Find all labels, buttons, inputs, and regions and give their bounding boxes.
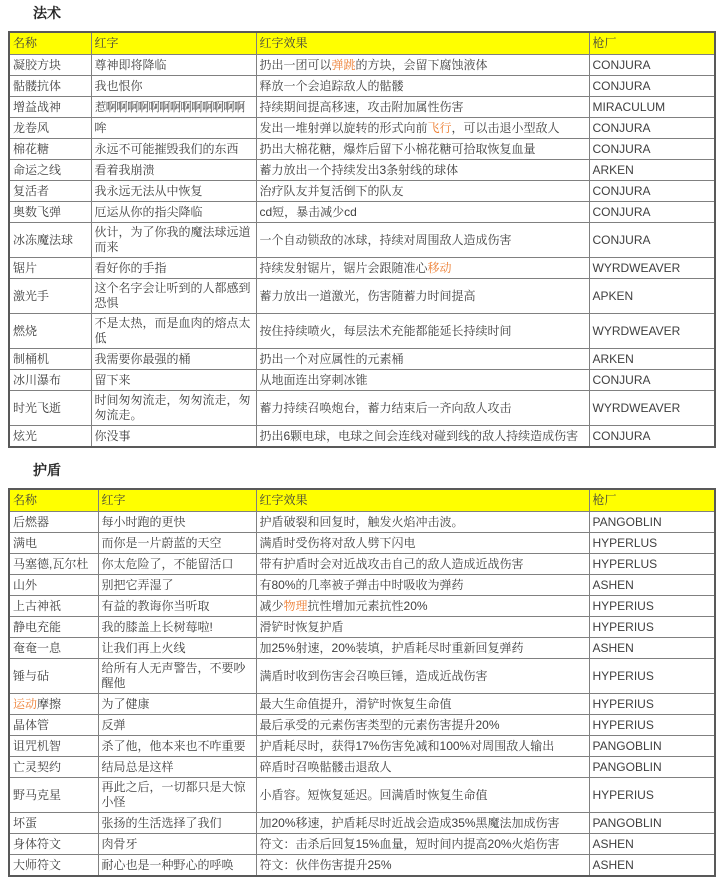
cell-name: 满电 bbox=[9, 533, 98, 554]
text-segment: 满电 bbox=[13, 536, 37, 550]
text-segment: 时光飞逝 bbox=[13, 401, 61, 415]
text-segment: 符文：击杀后回复15%血量，短时间内提高20%火焰伤害 bbox=[260, 837, 560, 851]
text-segment: CONJURA bbox=[593, 184, 651, 198]
cell-name: 上古神祇 bbox=[9, 596, 98, 617]
cell-manufacturer: HYPERLUS bbox=[589, 554, 715, 575]
cell-red-text: 给所有人无声警告，不要吵醒他 bbox=[98, 659, 256, 694]
text-segment: 龙卷风 bbox=[13, 121, 49, 135]
table-row: 制桶机我需要你最强的桶扔出一个对应属性的元素桶ARKEN bbox=[9, 349, 715, 370]
cell-red-text: 你没事 bbox=[91, 426, 256, 448]
cell-red-effect: 碎盾时召唤骷髅击退敌人 bbox=[256, 757, 589, 778]
cell-red-text: 张扬的生活选择了我们 bbox=[98, 813, 256, 834]
table-row: 晶体管反弹最后承受的元素伤害类型的元素伤害提升20%HYPERIUS bbox=[9, 715, 715, 736]
spells-table: 名称红字红字效果枪厂 凝胶方块尊神即将降临扔出一团可以弹跳的方块，会留下腐蚀液体… bbox=[8, 31, 716, 448]
cell-name: 凝胶方块 bbox=[9, 55, 91, 76]
text-segment: 从地面连出穿刺冰锥 bbox=[260, 373, 368, 387]
cell-red-text: 我的膝盖上长树莓啦! bbox=[98, 617, 256, 638]
cell-manufacturer: HYPERIUS bbox=[589, 617, 715, 638]
text-segment: 山外 bbox=[13, 578, 37, 592]
cell-red-text: 留下来 bbox=[91, 370, 256, 391]
spells-section: 法术 名称红字红字效果枪厂 凝胶方块尊神即将降临扔出一团可以弹跳的方块，会留下腐… bbox=[8, 4, 714, 448]
text-segment: 身体符文 bbox=[13, 837, 61, 851]
text-segment: 这个名字会让听到的人都感到恐惧 bbox=[95, 281, 251, 310]
text-segment: 留下来 bbox=[95, 373, 131, 387]
text-segment: 我也恨你 bbox=[95, 79, 143, 93]
cell-manufacturer: WYRDWEAVER bbox=[589, 258, 715, 279]
cell-red-text: 看好你的手指 bbox=[91, 258, 256, 279]
cell-name: 亡灵契约 bbox=[9, 757, 98, 778]
text-segment: HYPERLUS bbox=[593, 557, 658, 571]
text-segment: 最大生命值提升，滑铲时恢复生命值 bbox=[260, 697, 452, 711]
cell-red-effect: 滑铲时恢复护盾 bbox=[256, 617, 589, 638]
text-segment: ASHEN bbox=[593, 837, 634, 851]
table-row: 后燃器每小时跑的更快护盾破裂和回复时，触发火焰冲击波。PANGOBLIN bbox=[9, 512, 715, 533]
table-row: 命运之线看着我崩溃蓄力放出一个持续发出3条射线的球体ARKEN bbox=[9, 160, 715, 181]
cell-manufacturer: CONJURA bbox=[589, 202, 715, 223]
text-segment: 的方块，会留下腐蚀液体 bbox=[356, 58, 488, 72]
cell-red-text: 反弹 bbox=[98, 715, 256, 736]
text-segment: 符文：伙伴伤害提升25% bbox=[260, 858, 392, 872]
text-segment: 给所有人无声警告，不要吵醒他 bbox=[102, 661, 246, 690]
text-segment: 奥数飞弹 bbox=[13, 205, 61, 219]
cell-red-text: 这个名字会让听到的人都感到恐惧 bbox=[91, 279, 256, 314]
table-row: 上古神祇有益的教诲你当听取减少物理抗性增加元素抗性20%HYPERIUS bbox=[9, 596, 715, 617]
cell-red-effect: 扔出一团可以弹跳的方块，会留下腐蚀液体 bbox=[256, 55, 589, 76]
text-segment: 有益的教诲你当听取 bbox=[102, 599, 210, 613]
cell-red-effect: 扔出一个对应属性的元素桶 bbox=[256, 349, 589, 370]
cell-red-effect: 释放一个会追踪敌人的骷髅 bbox=[256, 76, 589, 97]
text-segment: CONJURA bbox=[593, 233, 651, 247]
text-segment: PANGOBLIN bbox=[593, 739, 662, 753]
text-segment: 伙计，为了你我的魔法球远道而来 bbox=[95, 225, 251, 254]
table-row: 诅咒机智杀了他，他本来也不咋重要护盾耗尽时，获得17%伤害免减和100%对周围敌… bbox=[9, 736, 715, 757]
cell-red-text: 杀了他，他本来也不咋重要 bbox=[98, 736, 256, 757]
cell-name: 制桶机 bbox=[9, 349, 91, 370]
cell-manufacturer: CONJURA bbox=[589, 370, 715, 391]
text-segment: HYPERIUS bbox=[593, 620, 654, 634]
text-segment: 激光手 bbox=[13, 289, 49, 303]
text-segment: 加20%移速，护盾耗尽时近战会造成35%黑魔法加成伤害 bbox=[260, 816, 560, 830]
text-segment: 冰冻魔法球 bbox=[13, 233, 73, 247]
cell-manufacturer: PANGOBLIN bbox=[589, 813, 715, 834]
cell-name: 棉花糖 bbox=[9, 139, 91, 160]
spells-table-header: 名称红字红字效果枪厂 bbox=[9, 32, 715, 55]
text-segment: ASHEN bbox=[593, 858, 634, 872]
text-segment: 你太危险了，不能留活口 bbox=[102, 557, 234, 571]
column-header-manufacturer: 枪厂 bbox=[589, 489, 715, 512]
cell-name: 坏蛋 bbox=[9, 813, 98, 834]
cell-red-effect: 护盾破裂和回复时，触发火焰冲击波。 bbox=[256, 512, 589, 533]
text-segment: 扔出一个对应属性的元素桶 bbox=[260, 352, 404, 366]
cell-name: 后燃器 bbox=[9, 512, 98, 533]
text-segment: 而你是一片蔚蓝的天空 bbox=[102, 536, 222, 550]
cell-red-effect: 加25%射速，20%装填，护盾耗尽时重新回复弹药 bbox=[256, 638, 589, 659]
text-segment: 坏蛋 bbox=[13, 816, 37, 830]
text-segment: 滑铲时恢复护盾 bbox=[260, 620, 344, 634]
table-row: 大师符文耐心也是一种野心的呼唤符文：伙伴伤害提升25%ASHEN bbox=[9, 855, 715, 877]
text-segment: 野马克星 bbox=[13, 788, 61, 802]
text-segment: 亡灵契约 bbox=[13, 760, 61, 774]
cell-manufacturer: ASHEN bbox=[589, 834, 715, 855]
text-segment: 结局总是这样 bbox=[102, 760, 174, 774]
cell-manufacturer: HYPERLUS bbox=[589, 533, 715, 554]
text-segment: 带有护盾时会对近战攻击自己的敌人造成近战伤害 bbox=[260, 557, 524, 571]
table-row: 马塞德,瓦尔杜你太危险了，不能留活口带有护盾时会对近战攻击自己的敌人造成近战伤害… bbox=[9, 554, 715, 575]
table-row: 满电而你是一片蔚蓝的天空满盾时受伤将对敌人劈下闪电HYPERLUS bbox=[9, 533, 715, 554]
cell-manufacturer: PANGOBLIN bbox=[589, 736, 715, 757]
cell-manufacturer: PANGOBLIN bbox=[589, 512, 715, 533]
cell-name: 静电充能 bbox=[9, 617, 98, 638]
text-segment: 减少 bbox=[260, 599, 284, 613]
cell-red-effect: 按住持续喷火，每层法术充能都能延长持续时间 bbox=[256, 314, 589, 349]
cell-name: 运动摩擦 bbox=[9, 694, 98, 715]
text-segment: 扔出大棉花糖，爆炸后留下小棉花糖可拾取恢复血量 bbox=[260, 142, 536, 156]
text-segment: ARKEN bbox=[593, 352, 634, 366]
column-header-red-text: 红字 bbox=[91, 32, 256, 55]
cell-red-effect: 加20%移速，护盾耗尽时近战会造成35%黑魔法加成伤害 bbox=[256, 813, 589, 834]
cell-manufacturer: ARKEN bbox=[589, 349, 715, 370]
text-segment: CONJURA bbox=[593, 205, 651, 219]
cell-manufacturer: HYPERIUS bbox=[589, 778, 715, 813]
text-segment: MIRACULUM bbox=[593, 100, 666, 114]
cell-red-effect: 扔出大棉花糖，爆炸后留下小棉花糖可拾取恢复血量 bbox=[256, 139, 589, 160]
text-segment: CONJURA bbox=[593, 58, 651, 72]
highlighted-text: 弹跳 bbox=[332, 58, 356, 72]
text-segment: 持续期间提高移速，攻击附加属性伤害 bbox=[260, 100, 464, 114]
text-segment: CONJURA bbox=[593, 121, 651, 135]
text-segment: 增益战神 bbox=[13, 100, 61, 114]
cell-red-text: 我永远无法从中恢复 bbox=[91, 181, 256, 202]
cell-name: 锯片 bbox=[9, 258, 91, 279]
cell-red-text: 你太危险了，不能留活口 bbox=[98, 554, 256, 575]
cell-red-effect: 蓄力持续召唤炮台，蓄力结束后一齐向敌人攻击 bbox=[256, 391, 589, 426]
text-segment: 上古神祇 bbox=[13, 599, 61, 613]
text-segment: 马塞德,瓦尔杜 bbox=[13, 557, 88, 571]
text-segment: 看好你的手指 bbox=[95, 261, 167, 275]
text-segment: 蓄力放出一道激光，伤害随蓄力时间提高 bbox=[260, 289, 476, 303]
cell-manufacturer: HYPERIUS bbox=[589, 659, 715, 694]
cell-red-text: 惹啊啊啊啊啊啊啊啊啊啊啊啊啊 bbox=[91, 97, 256, 118]
table-row: 冰冻魔法球伙计，为了你我的魔法球远道而来一个自动锁敌的冰球，持续对周围敌人造成伤… bbox=[9, 223, 715, 258]
text-segment: ，可以击退小型敌人 bbox=[452, 121, 560, 135]
cell-name: 大师符文 bbox=[9, 855, 98, 877]
cell-red-text: 有益的教诲你当听取 bbox=[98, 596, 256, 617]
cell-name: 复活者 bbox=[9, 181, 91, 202]
text-segment: 棉花糖 bbox=[13, 142, 49, 156]
column-header-name: 名称 bbox=[9, 489, 98, 512]
text-segment: 看着我崩溃 bbox=[95, 163, 155, 177]
cell-name: 奄奄一息 bbox=[9, 638, 98, 659]
text-segment: 制桶机 bbox=[13, 352, 49, 366]
text-segment: ASHEN bbox=[593, 578, 634, 592]
text-segment: 反弹 bbox=[102, 718, 126, 732]
table-row: 坏蛋张扬的生活选择了我们加20%移速，护盾耗尽时近战会造成35%黑魔法加成伤害P… bbox=[9, 813, 715, 834]
cell-name: 身体符文 bbox=[9, 834, 98, 855]
text-segment: 锯片 bbox=[13, 261, 37, 275]
table-row: 燃烧不是太热，而是血肉的熔点太低按住持续喷火，每层法术充能都能延长持续时间WYR… bbox=[9, 314, 715, 349]
text-segment: 永远不可能摧毁我们的东西 bbox=[95, 142, 239, 156]
document-page: 法术 名称红字红字效果枪厂 凝胶方块尊神即将降临扔出一团可以弹跳的方块，会留下腐… bbox=[0, 0, 722, 879]
table-row: 棉花糖永远不可能摧毁我们的东西扔出大棉花糖，爆炸后留下小棉花糖可拾取恢复血量CO… bbox=[9, 139, 715, 160]
text-segment: HYPERIUS bbox=[593, 697, 654, 711]
cell-manufacturer: WYRDWEAVER bbox=[589, 391, 715, 426]
spells-table-body: 凝胶方块尊神即将降临扔出一团可以弹跳的方块，会留下腐蚀液体CONJURA骷髅抗体… bbox=[9, 55, 715, 448]
cell-red-text: 而你是一片蔚蓝的天空 bbox=[98, 533, 256, 554]
cell-red-effect: 治疗队友并复活倒下的队友 bbox=[256, 181, 589, 202]
highlighted-text: 运动 bbox=[13, 697, 37, 711]
cell-red-effect: 带有护盾时会对近战攻击自己的敌人造成近战伤害 bbox=[256, 554, 589, 575]
cell-manufacturer: CONJURA bbox=[589, 139, 715, 160]
text-segment: 扔出一团可以 bbox=[260, 58, 332, 72]
cell-name: 山外 bbox=[9, 575, 98, 596]
cell-red-effect: 满盾时受伤将对敌人劈下闪电 bbox=[256, 533, 589, 554]
cell-red-text: 耐心也是一种野心的呼唤 bbox=[98, 855, 256, 877]
cell-red-text: 再此之后，一切都只是大惊小怪 bbox=[98, 778, 256, 813]
cell-red-text: 厄运从你的指尖降临 bbox=[91, 202, 256, 223]
text-segment: 满盾时受伤将对敌人劈下闪电 bbox=[260, 536, 416, 550]
text-segment: 发出一堆射弹以旋转的形式向前 bbox=[260, 121, 428, 135]
cell-red-text: 肉骨牙 bbox=[98, 834, 256, 855]
cell-name: 奥数飞弹 bbox=[9, 202, 91, 223]
text-segment: 锤与砧 bbox=[13, 669, 49, 683]
text-segment: CONJURA bbox=[593, 142, 651, 156]
cell-red-text: 不是太热，而是血肉的熔点太低 bbox=[91, 314, 256, 349]
column-header-red-text: 红字 bbox=[98, 489, 256, 512]
text-segment: HYPERLUS bbox=[593, 536, 658, 550]
cell-name: 锤与砧 bbox=[9, 659, 98, 694]
cell-red-effect: 扔出6颗电球，电球之间会连线对碰到线的敌人持续造成伤害 bbox=[256, 426, 589, 448]
cell-red-effect: 发出一堆射弹以旋转的形式向前飞行，可以击退小型敌人 bbox=[256, 118, 589, 139]
table-row: 冰川瀑布留下来从地面连出穿刺冰锥CONJURA bbox=[9, 370, 715, 391]
table-row: 亡灵契约结局总是这样碎盾时召唤骷髅击退敌人PANGOBLIN bbox=[9, 757, 715, 778]
cell-name: 晶体管 bbox=[9, 715, 98, 736]
text-segment: 冰川瀑布 bbox=[13, 373, 61, 387]
text-segment: 每小时跑的更快 bbox=[102, 515, 186, 529]
text-segment: 蓄力持续召唤炮台，蓄力结束后一齐向敌人攻击 bbox=[260, 401, 512, 415]
text-segment: HYPERIUS bbox=[593, 669, 654, 683]
cell-red-effect: 减少物理抗性增加元素抗性20% bbox=[256, 596, 589, 617]
table-row: 身体符文肉骨牙符文：击杀后回复15%血量，短时间内提高20%火焰伤害ASHEN bbox=[9, 834, 715, 855]
text-segment: APKEN bbox=[593, 289, 634, 303]
cell-red-effect: 蓄力放出一个持续发出3条射线的球体 bbox=[256, 160, 589, 181]
text-segment: 我永远无法从中恢复 bbox=[95, 184, 203, 198]
table-row: 激光手这个名字会让听到的人都感到恐惧蓄力放出一道激光，伤害随蓄力时间提高APKE… bbox=[9, 279, 715, 314]
text-segment: 我需要你最强的桶 bbox=[95, 352, 191, 366]
text-segment: CONJURA bbox=[593, 373, 651, 387]
table-row: 龙卷风哞发出一堆射弹以旋转的形式向前飞行，可以击退小型敌人CONJURA bbox=[9, 118, 715, 139]
text-segment: 你没事 bbox=[95, 429, 131, 443]
table-row: 凝胶方块尊神即将降临扔出一团可以弹跳的方块，会留下腐蚀液体CONJURA bbox=[9, 55, 715, 76]
text-segment: 耐心也是一种野心的呼唤 bbox=[102, 858, 234, 872]
cell-red-effect: 符文：伙伴伤害提升25% bbox=[256, 855, 589, 877]
text-segment: 我的膝盖上长树莓啦! bbox=[102, 620, 213, 634]
cell-red-effect: cd短，暴击减少cd bbox=[256, 202, 589, 223]
cell-red-text: 永远不可能摧毁我们的东西 bbox=[91, 139, 256, 160]
text-segment: 蓄力放出一个持续发出3条射线的球体 bbox=[260, 163, 459, 177]
cell-manufacturer: CONJURA bbox=[589, 223, 715, 258]
text-segment: 后燃器 bbox=[13, 515, 49, 529]
text-segment: ARKEN bbox=[593, 163, 634, 177]
cell-red-effect: 一个自动锁敌的冰球，持续对周围敌人造成伤害 bbox=[256, 223, 589, 258]
text-segment: HYPERIUS bbox=[593, 718, 654, 732]
column-header-red-effect: 红字效果 bbox=[256, 489, 589, 512]
text-segment: 抗性增加元素抗性20% bbox=[308, 599, 428, 613]
text-segment: HYPERIUS bbox=[593, 788, 654, 802]
cell-manufacturer: APKEN bbox=[589, 279, 715, 314]
cell-red-text: 我需要你最强的桶 bbox=[91, 349, 256, 370]
cell-manufacturer: ASHEN bbox=[589, 575, 715, 596]
text-segment: PANGOBLIN bbox=[593, 816, 662, 830]
text-segment: 摩擦 bbox=[37, 697, 61, 711]
cell-manufacturer: HYPERIUS bbox=[589, 596, 715, 617]
table-row: 时光飞逝时间匆匆流走，匆匆流走，匆匆流走。蓄力持续召唤炮台，蓄力结束后一齐向敌人… bbox=[9, 391, 715, 426]
highlighted-text: 飞行 bbox=[428, 121, 452, 135]
cell-red-text: 结局总是这样 bbox=[98, 757, 256, 778]
text-segment: 命运之线 bbox=[13, 163, 61, 177]
cell-manufacturer: CONJURA bbox=[589, 181, 715, 202]
cell-red-effect: 小盾容。短恢复延迟。回满盾时恢复生命值 bbox=[256, 778, 589, 813]
text-segment: 肉骨牙 bbox=[102, 837, 138, 851]
text-segment: 骷髅抗体 bbox=[13, 79, 61, 93]
cell-red-effect: 有80%的几率被子弹击中时吸收为弹药 bbox=[256, 575, 589, 596]
text-segment: 哞 bbox=[95, 121, 107, 135]
text-segment: ASHEN bbox=[593, 641, 634, 655]
text-segment: CONJURA bbox=[593, 79, 651, 93]
cell-name: 诅咒机智 bbox=[9, 736, 98, 757]
cell-red-effect: 符文：击杀后回复15%血量，短时间内提高20%火焰伤害 bbox=[256, 834, 589, 855]
text-segment: 治疗队友并复活倒下的队友 bbox=[260, 184, 404, 198]
cell-red-effect: 从地面连出穿刺冰锥 bbox=[256, 370, 589, 391]
cell-manufacturer: CONJURA bbox=[589, 55, 715, 76]
text-segment: 静电充能 bbox=[13, 620, 61, 634]
table-row: 野马克星再此之后，一切都只是大惊小怪小盾容。短恢复延迟。回满盾时恢复生命值HYP… bbox=[9, 778, 715, 813]
cell-manufacturer: WYRDWEAVER bbox=[589, 314, 715, 349]
cell-red-text: 时间匆匆流走，匆匆流走，匆匆流走。 bbox=[91, 391, 256, 426]
text-segment: 让我们再上火线 bbox=[102, 641, 186, 655]
cell-red-text: 每小时跑的更快 bbox=[98, 512, 256, 533]
text-segment: 持续发射锯片，锯片会跟随准心 bbox=[260, 261, 428, 275]
cell-manufacturer: ARKEN bbox=[589, 160, 715, 181]
table-row: 运动摩擦为了健康最大生命值提升，滑铲时恢复生命值HYPERIUS bbox=[9, 694, 715, 715]
text-segment: WYRDWEAVER bbox=[593, 401, 681, 415]
text-segment: PANGOBLIN bbox=[593, 760, 662, 774]
text-segment: 不是太热，而是血肉的熔点太低 bbox=[95, 316, 251, 345]
text-segment: 按住持续喷火，每层法术充能都能延长持续时间 bbox=[260, 324, 512, 338]
table-row: 奄奄一息让我们再上火线加25%射速，20%装填，护盾耗尽时重新回复弹药ASHEN bbox=[9, 638, 715, 659]
cell-name: 野马克星 bbox=[9, 778, 98, 813]
text-segment: 大师符文 bbox=[13, 858, 61, 872]
text-segment: WYRDWEAVER bbox=[593, 261, 681, 275]
text-segment: 惹啊啊啊啊啊啊啊啊啊啊啊啊啊 bbox=[95, 100, 245, 115]
text-segment: 复活者 bbox=[13, 184, 49, 198]
cell-red-text: 伙计，为了你我的魔法球远道而来 bbox=[91, 223, 256, 258]
cell-red-effect: 护盾耗尽时，获得17%伤害免减和100%对周围敌人输出 bbox=[256, 736, 589, 757]
table-row: 锯片看好你的手指持续发射锯片，锯片会跟随准心移动WYRDWEAVER bbox=[9, 258, 715, 279]
cell-name: 骷髅抗体 bbox=[9, 76, 91, 97]
cell-name: 冰冻魔法球 bbox=[9, 223, 91, 258]
cell-manufacturer: CONJURA bbox=[589, 426, 715, 448]
text-segment: 碎盾时召唤骷髅击退敌人 bbox=[260, 760, 392, 774]
text-segment: 燃烧 bbox=[13, 324, 37, 338]
text-segment: 满盾时收到伤害会召唤巨锤，造成近战伤害 bbox=[260, 669, 488, 683]
shields-table: 名称红字红字效果枪厂 后燃器每小时跑的更快护盾破裂和回复时，触发火焰冲击波。PA… bbox=[8, 488, 716, 877]
cell-name: 激光手 bbox=[9, 279, 91, 314]
cell-red-text: 让我们再上火线 bbox=[98, 638, 256, 659]
text-segment: PANGOBLIN bbox=[593, 515, 662, 529]
text-segment: 凝胶方块 bbox=[13, 58, 61, 72]
header-row: 名称红字红字效果枪厂 bbox=[9, 32, 715, 55]
text-segment: 炫光 bbox=[13, 429, 37, 443]
table-row: 静电充能我的膝盖上长树莓啦!滑铲时恢复护盾HYPERIUS bbox=[9, 617, 715, 638]
cell-red-text: 别把它弄湿了 bbox=[98, 575, 256, 596]
cell-manufacturer: HYPERIUS bbox=[589, 694, 715, 715]
text-segment: 扔出6颗电球，电球之间会连线对碰到线的敌人持续造成伤害 bbox=[260, 429, 579, 443]
text-segment: 诅咒机智 bbox=[13, 739, 61, 753]
cell-red-effect: 持续期间提高移速，攻击附加属性伤害 bbox=[256, 97, 589, 118]
shields-table-header: 名称红字红字效果枪厂 bbox=[9, 489, 715, 512]
cell-red-text: 为了健康 bbox=[98, 694, 256, 715]
cell-name: 马塞德,瓦尔杜 bbox=[9, 554, 98, 575]
text-segment: CONJURA bbox=[593, 429, 651, 443]
text-segment: 护盾耗尽时，获得17%伤害免减和100%对周围敌人输出 bbox=[260, 739, 555, 753]
column-header-red-effect: 红字效果 bbox=[256, 32, 589, 55]
text-segment: 杀了他，他本来也不咋重要 bbox=[102, 739, 246, 753]
section-title-spells: 法术 bbox=[33, 4, 714, 22]
cell-manufacturer: CONJURA bbox=[589, 76, 715, 97]
cell-red-effect: 满盾时收到伤害会召唤巨锤，造成近战伤害 bbox=[256, 659, 589, 694]
cell-manufacturer: ASHEN bbox=[589, 638, 715, 659]
cell-red-effect: 最后承受的元素伤害类型的元素伤害提升20% bbox=[256, 715, 589, 736]
table-row: 增益战神惹啊啊啊啊啊啊啊啊啊啊啊啊啊持续期间提高移速，攻击附加属性伤害MIRAC… bbox=[9, 97, 715, 118]
cell-manufacturer: CONJURA bbox=[589, 118, 715, 139]
text-segment: 加25%射速，20%装填，护盾耗尽时重新回复弹药 bbox=[260, 641, 524, 655]
cell-manufacturer: ASHEN bbox=[589, 855, 715, 877]
text-segment: 再此之后，一切都只是大惊小怪 bbox=[102, 780, 246, 809]
cell-name: 命运之线 bbox=[9, 160, 91, 181]
text-segment: 别把它弄湿了 bbox=[102, 578, 174, 592]
text-segment: 最后承受的元素伤害类型的元素伤害提升20% bbox=[260, 718, 500, 732]
section-title-shields: 护盾 bbox=[33, 461, 714, 479]
table-row: 骷髅抗体我也恨你释放一个会追踪敌人的骷髅CONJURA bbox=[9, 76, 715, 97]
cell-name: 龙卷风 bbox=[9, 118, 91, 139]
cell-red-effect: 持续发射锯片，锯片会跟随准心移动 bbox=[256, 258, 589, 279]
header-row: 名称红字红字效果枪厂 bbox=[9, 489, 715, 512]
table-row: 复活者我永远无法从中恢复治疗队友并复活倒下的队友CONJURA bbox=[9, 181, 715, 202]
cell-red-text: 我也恨你 bbox=[91, 76, 256, 97]
cell-red-text: 哞 bbox=[91, 118, 256, 139]
text-segment: HYPERIUS bbox=[593, 599, 654, 613]
cell-name: 增益战神 bbox=[9, 97, 91, 118]
text-segment: 厄运从你的指尖降临 bbox=[95, 205, 203, 219]
table-row: 奥数飞弹厄运从你的指尖降临cd短，暴击减少cdCONJURA bbox=[9, 202, 715, 223]
table-row: 山外别把它弄湿了有80%的几率被子弹击中时吸收为弹药ASHEN bbox=[9, 575, 715, 596]
cell-manufacturer: PANGOBLIN bbox=[589, 757, 715, 778]
text-segment: 奄奄一息 bbox=[13, 641, 61, 655]
column-header-manufacturer: 枪厂 bbox=[589, 32, 715, 55]
text-segment: 时间匆匆流走，匆匆流走，匆匆流走。 bbox=[95, 393, 251, 422]
cell-name: 时光飞逝 bbox=[9, 391, 91, 426]
table-row: 锤与砧给所有人无声警告，不要吵醒他满盾时收到伤害会召唤巨锤，造成近战伤害HYPE… bbox=[9, 659, 715, 694]
shields-table-body: 后燃器每小时跑的更快护盾破裂和回复时，触发火焰冲击波。PANGOBLIN满电而你… bbox=[9, 512, 715, 877]
column-header-name: 名称 bbox=[9, 32, 91, 55]
text-segment: WYRDWEAVER bbox=[593, 324, 681, 338]
cell-manufacturer: HYPERIUS bbox=[589, 715, 715, 736]
shields-section: 护盾 名称红字红字效果枪厂 后燃器每小时跑的更快护盾破裂和回复时，触发火焰冲击波… bbox=[8, 461, 714, 877]
text-segment: 释放一个会追踪敌人的骷髅 bbox=[260, 79, 404, 93]
text-segment: 护盾破裂和回复时，触发火焰冲击波。 bbox=[260, 515, 464, 529]
cell-manufacturer: MIRACULUM bbox=[589, 97, 715, 118]
text-segment: 晶体管 bbox=[13, 718, 49, 732]
